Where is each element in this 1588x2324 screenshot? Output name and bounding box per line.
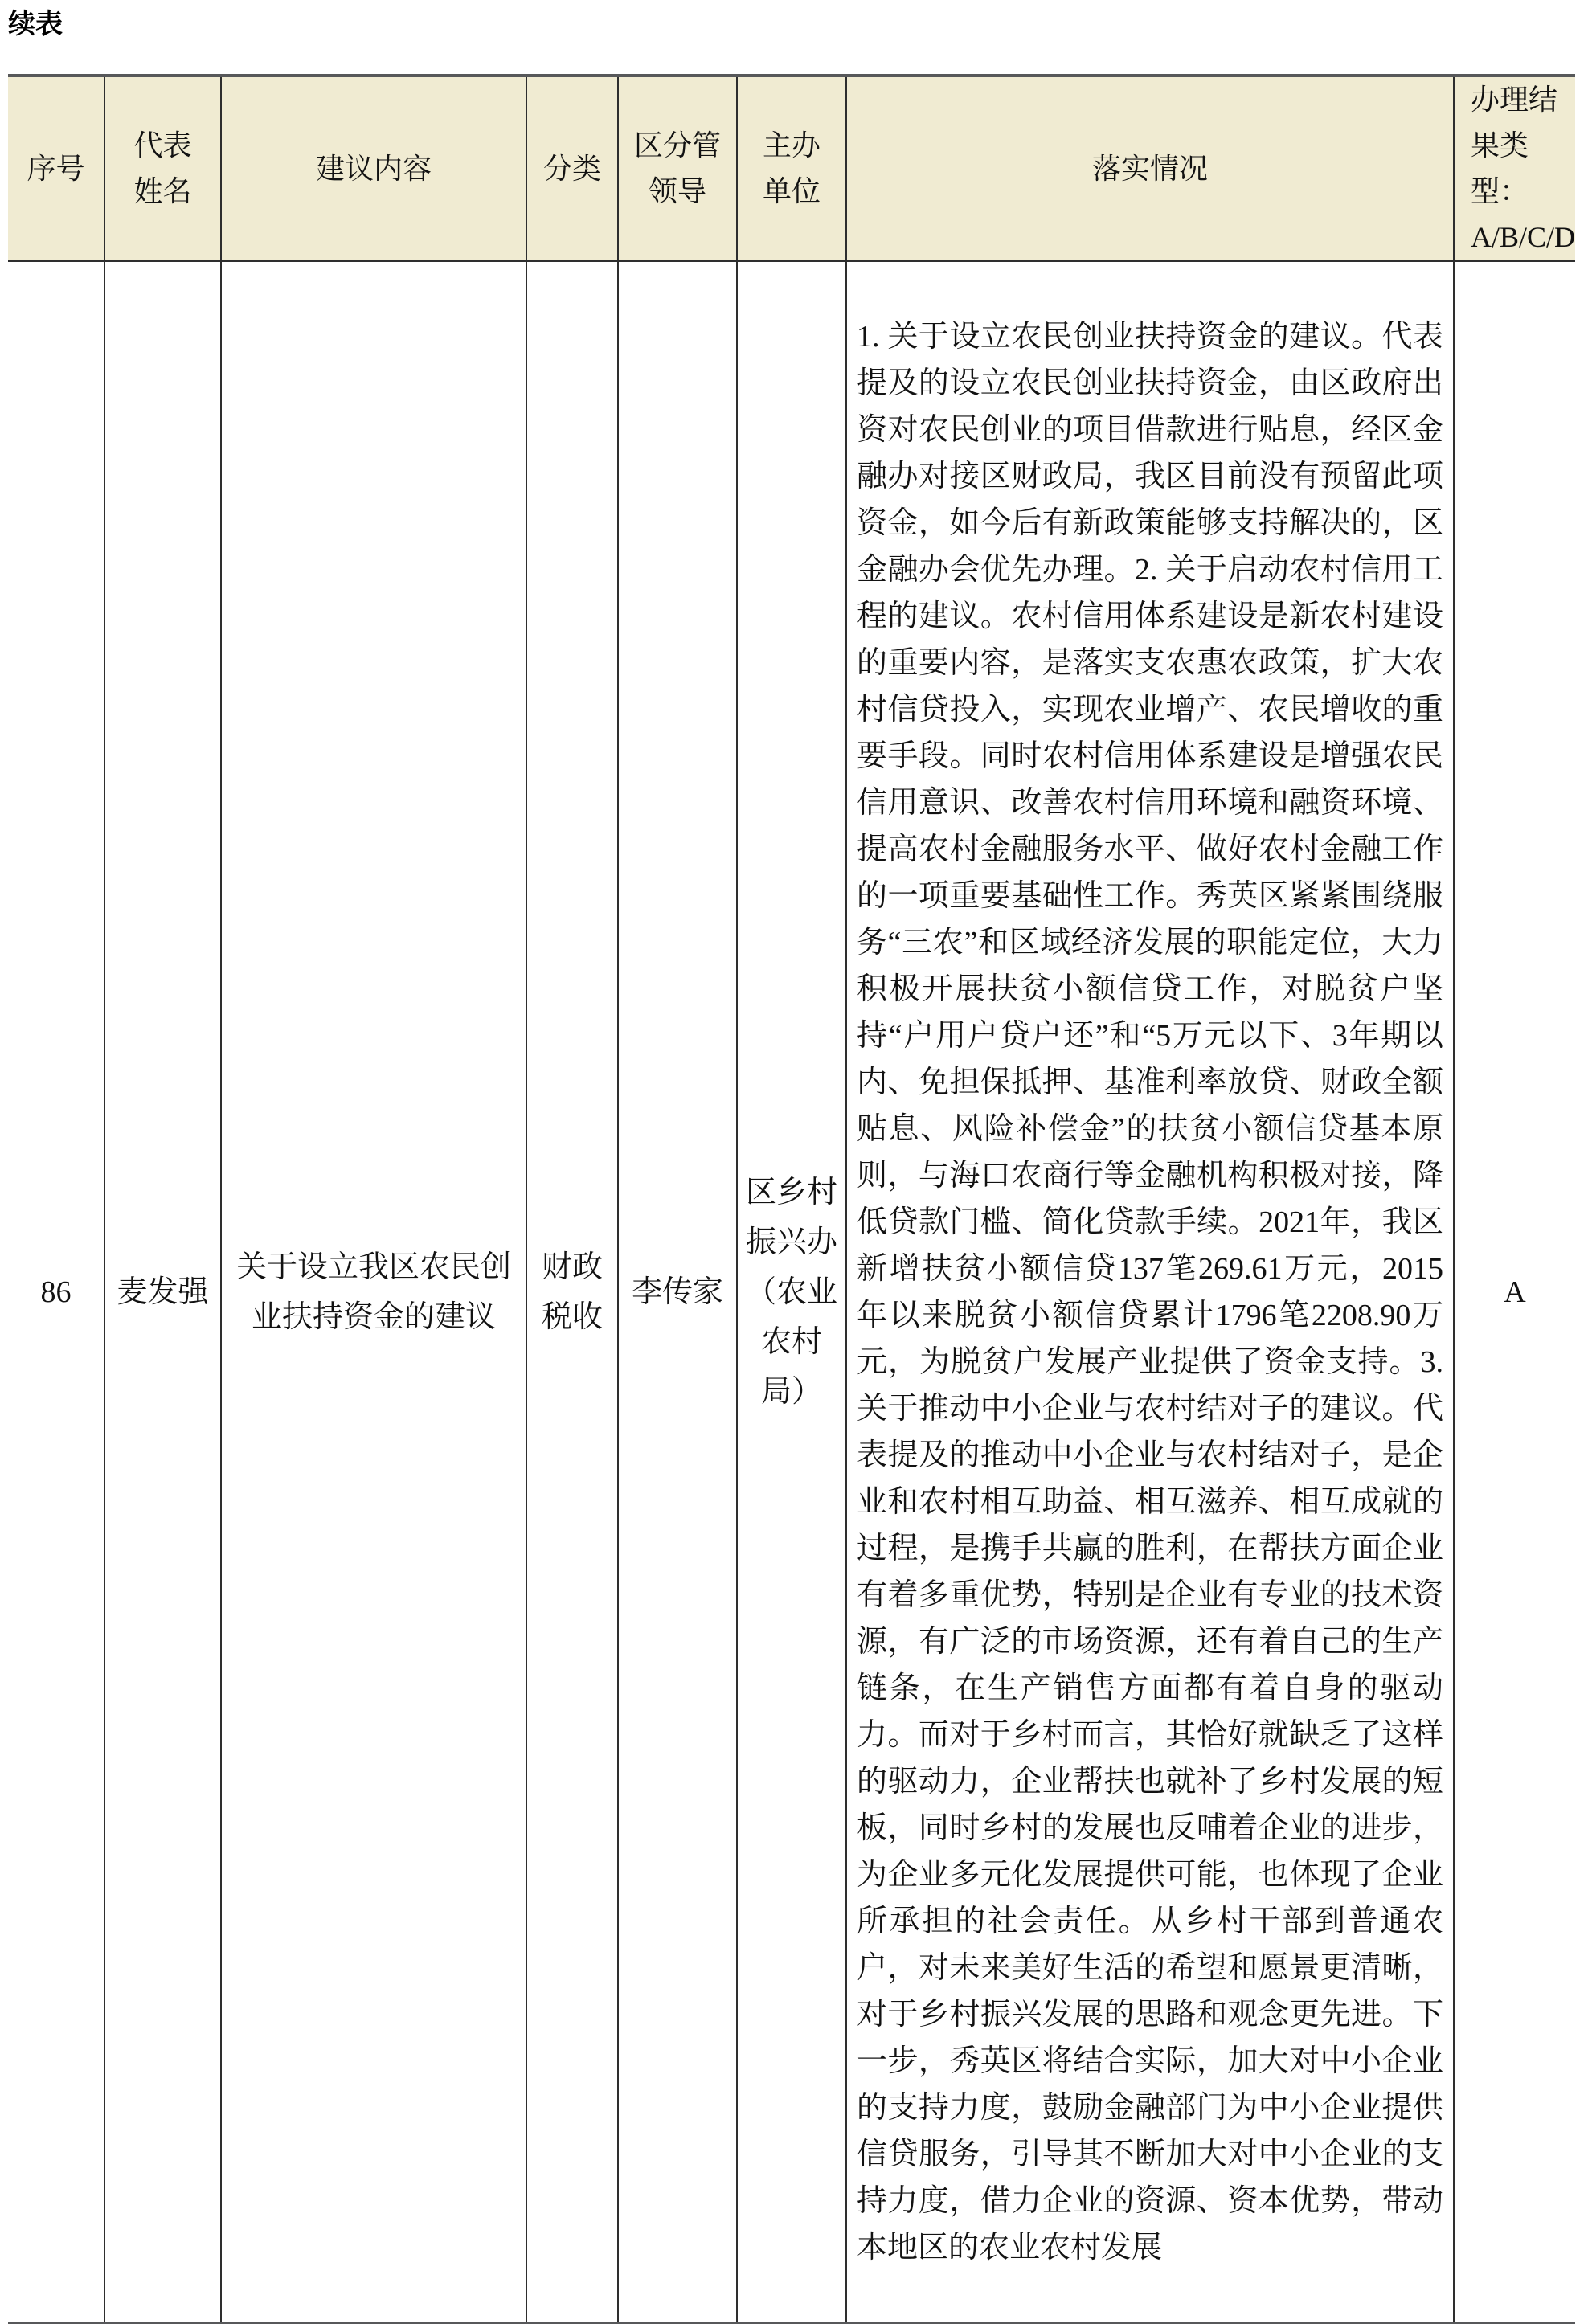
cell-category: 财政 税收 <box>526 261 618 2322</box>
header-suggestion: 建议内容 <box>221 77 526 261</box>
header-result-type: 办理结 果类型： A/B/C/D <box>1454 77 1575 261</box>
cell-result: A <box>1454 261 1575 2322</box>
header-rep-name: 代表 姓名 <box>104 77 221 261</box>
header-implementation: 落实情况 <box>846 77 1454 261</box>
cell-suggestion: 关于设立我区农民创 业扶持资金的建议 <box>221 261 526 2322</box>
cell-seq: 86 <box>8 261 104 2322</box>
header-leader: 区分管 领导 <box>618 77 737 261</box>
cell-implementation: 1. 关于设立农民创业扶持资金的建议。代表提及的设立农民创业扶持资金，由区政府出… <box>846 261 1454 2322</box>
suggestions-table-wrap: 序号 代表 姓名 建议内容 分类 区分管 领导 主办 单位 落实情况 办理结 果… <box>8 74 1575 2324</box>
cell-rep-name: 麦发强 <box>104 261 221 2322</box>
suggestions-table: 序号 代表 姓名 建议内容 分类 区分管 领导 主办 单位 落实情况 办理结 果… <box>8 77 1575 2322</box>
header-seq: 序号 <box>8 77 104 261</box>
table-row: 86 麦发强 关于设立我区农民创 业扶持资金的建议 财政 税收 李传家 区乡村 … <box>8 261 1575 2322</box>
cell-organizer: 区乡村 振兴办 （农业 农村 局） <box>737 261 846 2322</box>
cell-leader: 李传家 <box>618 261 737 2322</box>
continued-table-label: 续表 <box>8 6 1588 43</box>
document-page: 续表 序号 代表 姓名 建议内容 分类 区分管 领导 主办 <box>0 6 1588 2324</box>
table-header-row: 序号 代表 姓名 建议内容 分类 区分管 领导 主办 单位 落实情况 办理结 果… <box>8 77 1575 261</box>
header-organizer: 主办 单位 <box>737 77 846 261</box>
header-category: 分类 <box>526 77 618 261</box>
